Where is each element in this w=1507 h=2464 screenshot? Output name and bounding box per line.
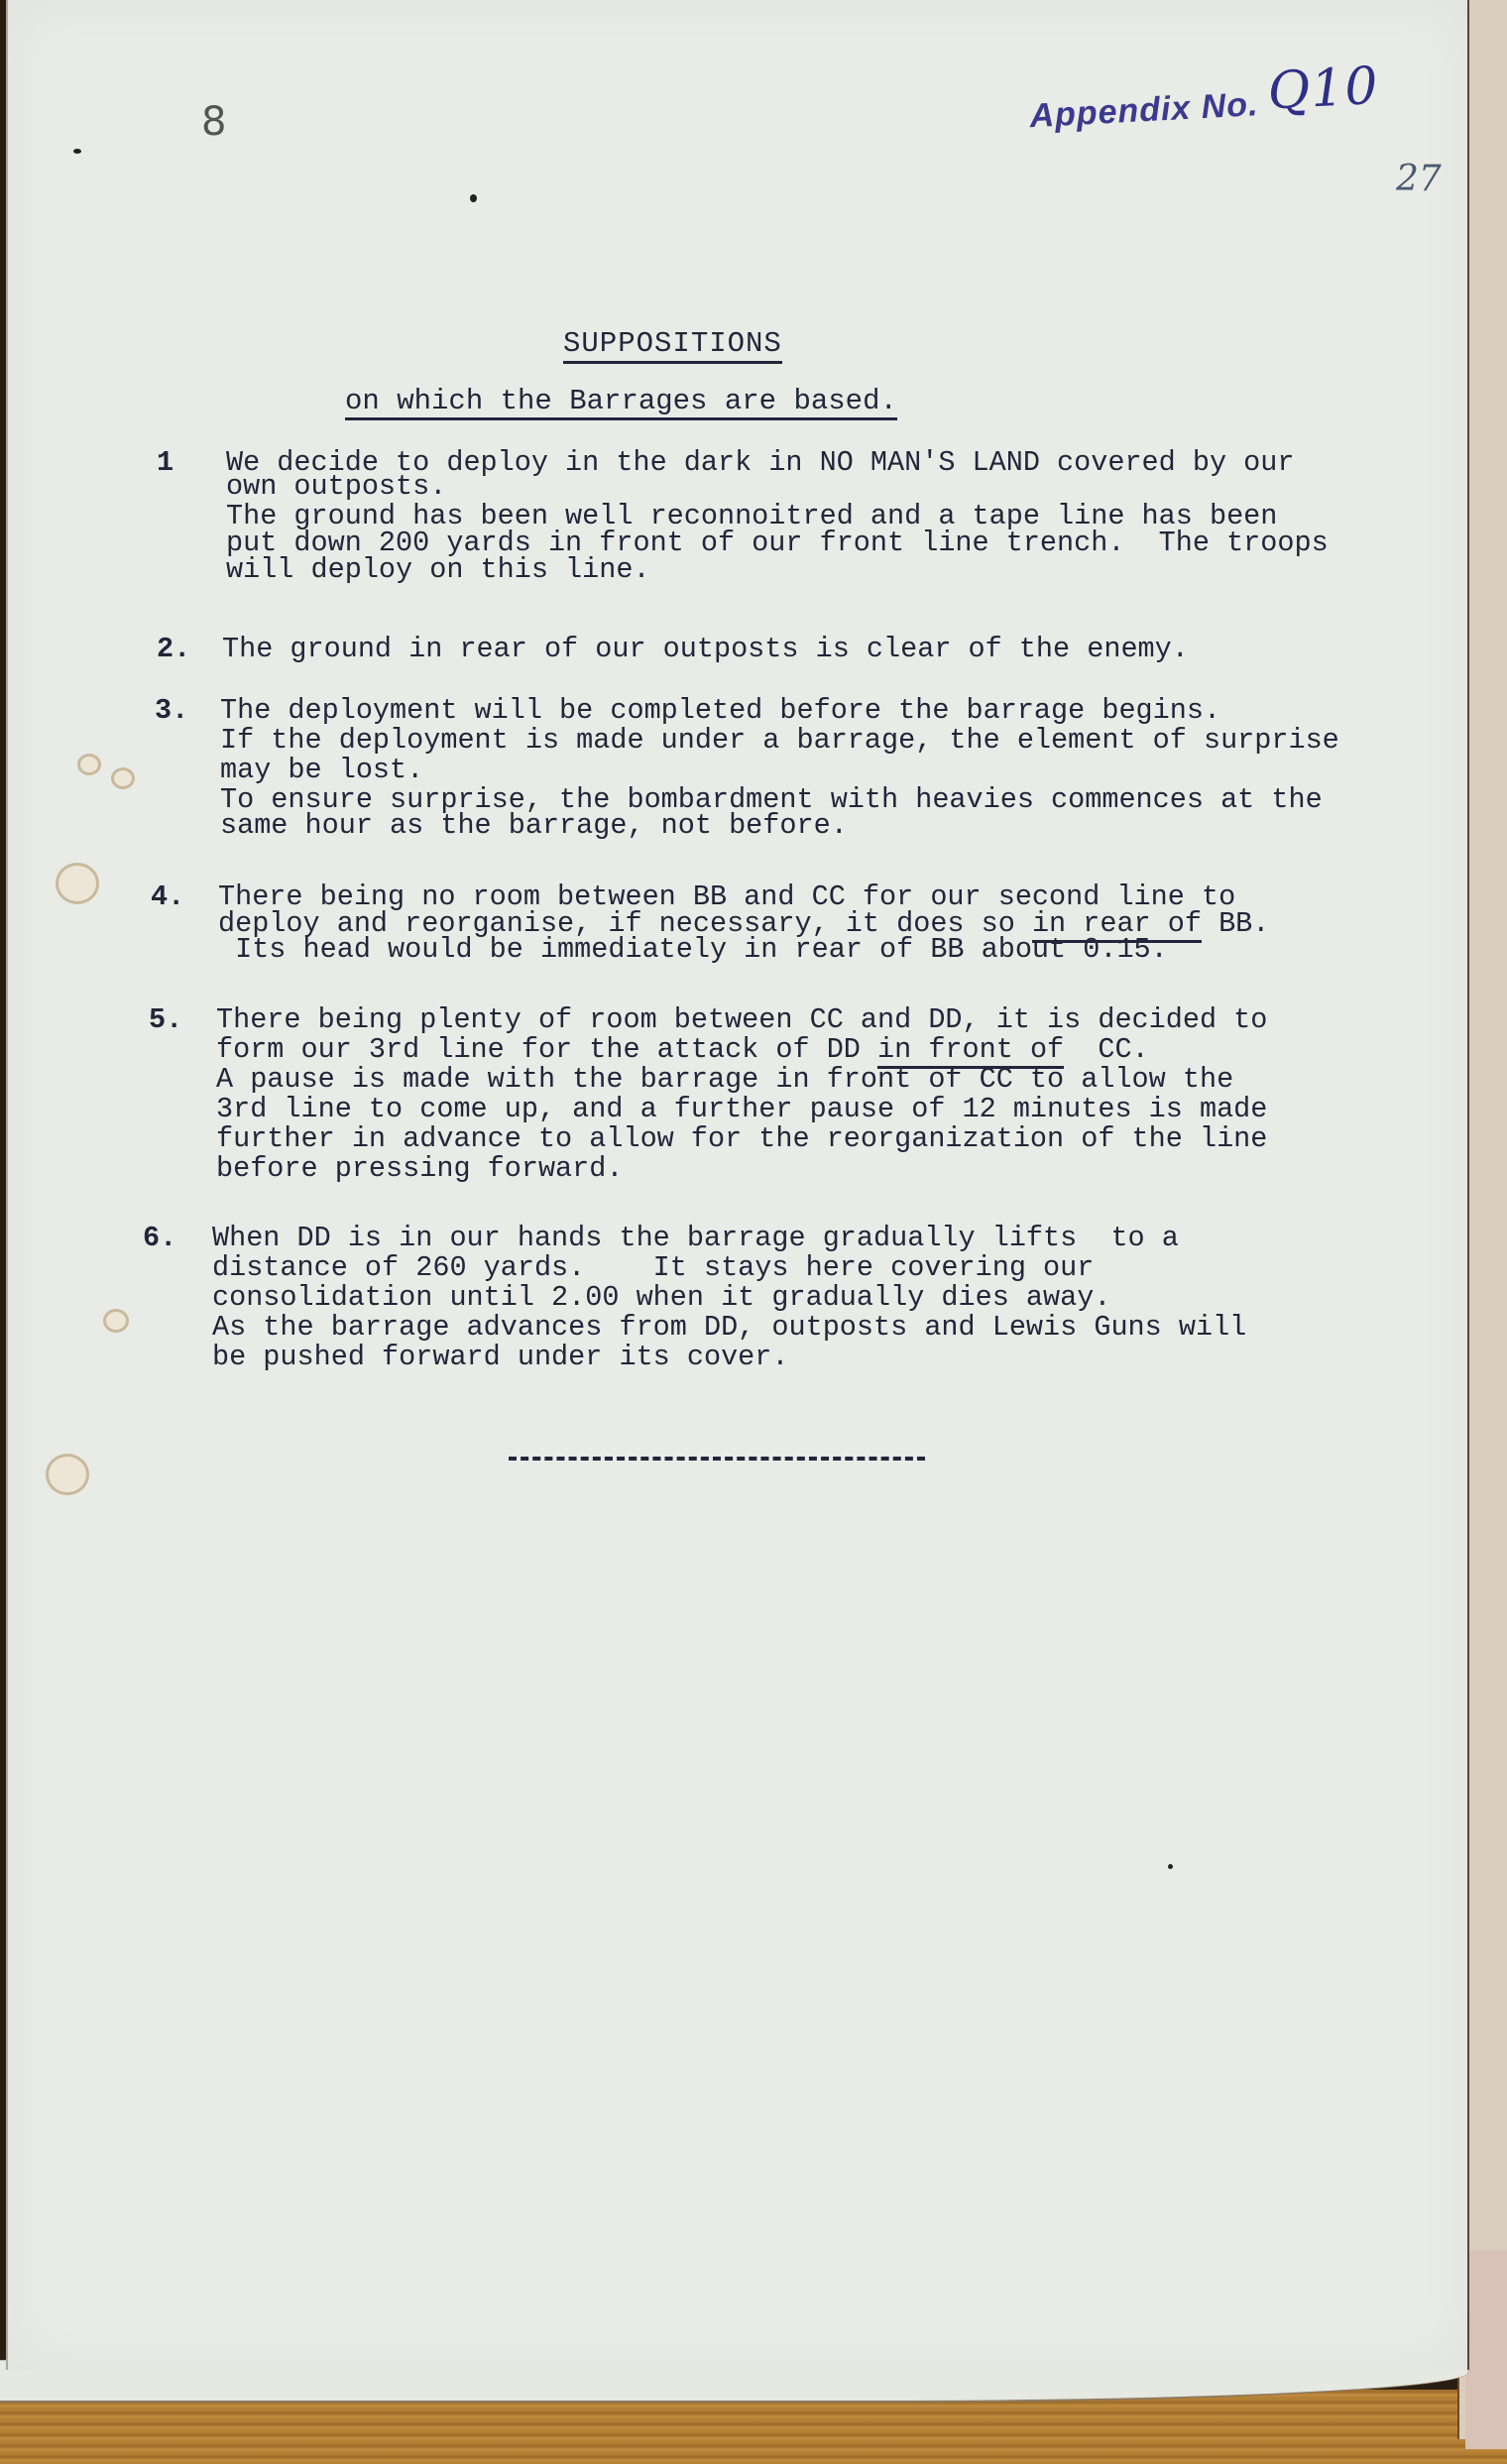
folder-corner [1465, 2251, 1507, 2449]
paragraph-3: 3. The deployment will be completed befo… [220, 696, 1339, 841]
paragraph-line: When DD is in our hands the barrage grad… [212, 1224, 1246, 1253]
text-run: CC. [1064, 1033, 1149, 1066]
appendix-stamp: Appendix No.Q10 [1028, 62, 1381, 140]
document-title: SUPPOSITIONS [563, 327, 782, 364]
folio-number: 27 [1396, 159, 1442, 199]
ink-speck [73, 149, 81, 154]
paragraph-line: further in advance to allow for the reor… [216, 1124, 1267, 1154]
end-rule [509, 1457, 925, 1461]
paragraph-line: before pressing forward. [216, 1154, 1267, 1184]
paragraph-number: 1 [157, 448, 174, 478]
paragraph-line: The deployment will be completed before … [220, 696, 1339, 726]
ink-speck [470, 194, 477, 202]
paragraph-line: will deploy on this line. [226, 555, 1329, 585]
text-run: form our 3rd line for the attack of DD [216, 1033, 877, 1066]
text-run: BB. [1202, 907, 1269, 940]
paragraph-2: 2. The ground in rear of our outposts is… [222, 635, 1189, 664]
punch-hole [103, 1309, 129, 1333]
document-page: 8 Appendix No.Q10 27 SUPPOSITIONS on whi… [6, 0, 1469, 2370]
paragraph-line: A pause is made with the barrage in fron… [216, 1065, 1267, 1095]
punch-hole [77, 754, 101, 775]
pencil-page-mark: 8 [201, 99, 226, 145]
paragraph-line: 3rd line to come up, and a further pause… [216, 1095, 1267, 1124]
paragraph-line: Its head would be immediately in rear of… [218, 935, 1269, 965]
paragraph-6: 6. When DD is in our hands the barrage g… [212, 1224, 1246, 1372]
paragraph-line: form our 3rd line for the attack of DD i… [216, 1035, 1267, 1065]
ink-speck [1168, 1864, 1173, 1869]
paragraph-line: be pushed forward under its cover. [212, 1343, 1246, 1372]
paragraph-line: There being plenty of room between CC an… [216, 1005, 1267, 1035]
paragraph-line: consolidation until 2.00 when it gradual… [212, 1283, 1246, 1313]
appendix-number: Q10 [1266, 57, 1380, 122]
paragraph-number: 5. [149, 1005, 182, 1035]
punch-hole [46, 1454, 89, 1495]
paragraph-line: may be lost. [220, 756, 1339, 785]
paragraph-line: distance of 260 yards. It stays here cov… [212, 1253, 1246, 1283]
paragraph-line: The ground in rear of our outposts is cl… [222, 635, 1189, 664]
paragraph-number: 6. [143, 1224, 176, 1253]
punch-hole [111, 767, 135, 789]
paragraph-line: If the deployment is made under a barrag… [220, 726, 1339, 756]
paragraph-1: 1 We decide to deploy in the dark in NO … [226, 448, 1329, 585]
paragraph-5: 5. There being plenty of room between CC… [216, 1005, 1267, 1184]
paragraph-number: 2. [157, 635, 190, 664]
paragraph-number: 4. [151, 882, 184, 912]
paragraph-4: 4. There being no room between BB and CC… [218, 882, 1269, 965]
document-subtitle: on which the Barrages are based. [345, 385, 897, 420]
punch-hole [56, 863, 99, 904]
paragraph-number: 3. [155, 696, 188, 726]
paragraph-line: As the barrage advances from DD, outpost… [212, 1313, 1246, 1343]
appendix-label: Appendix No. [1029, 85, 1260, 135]
